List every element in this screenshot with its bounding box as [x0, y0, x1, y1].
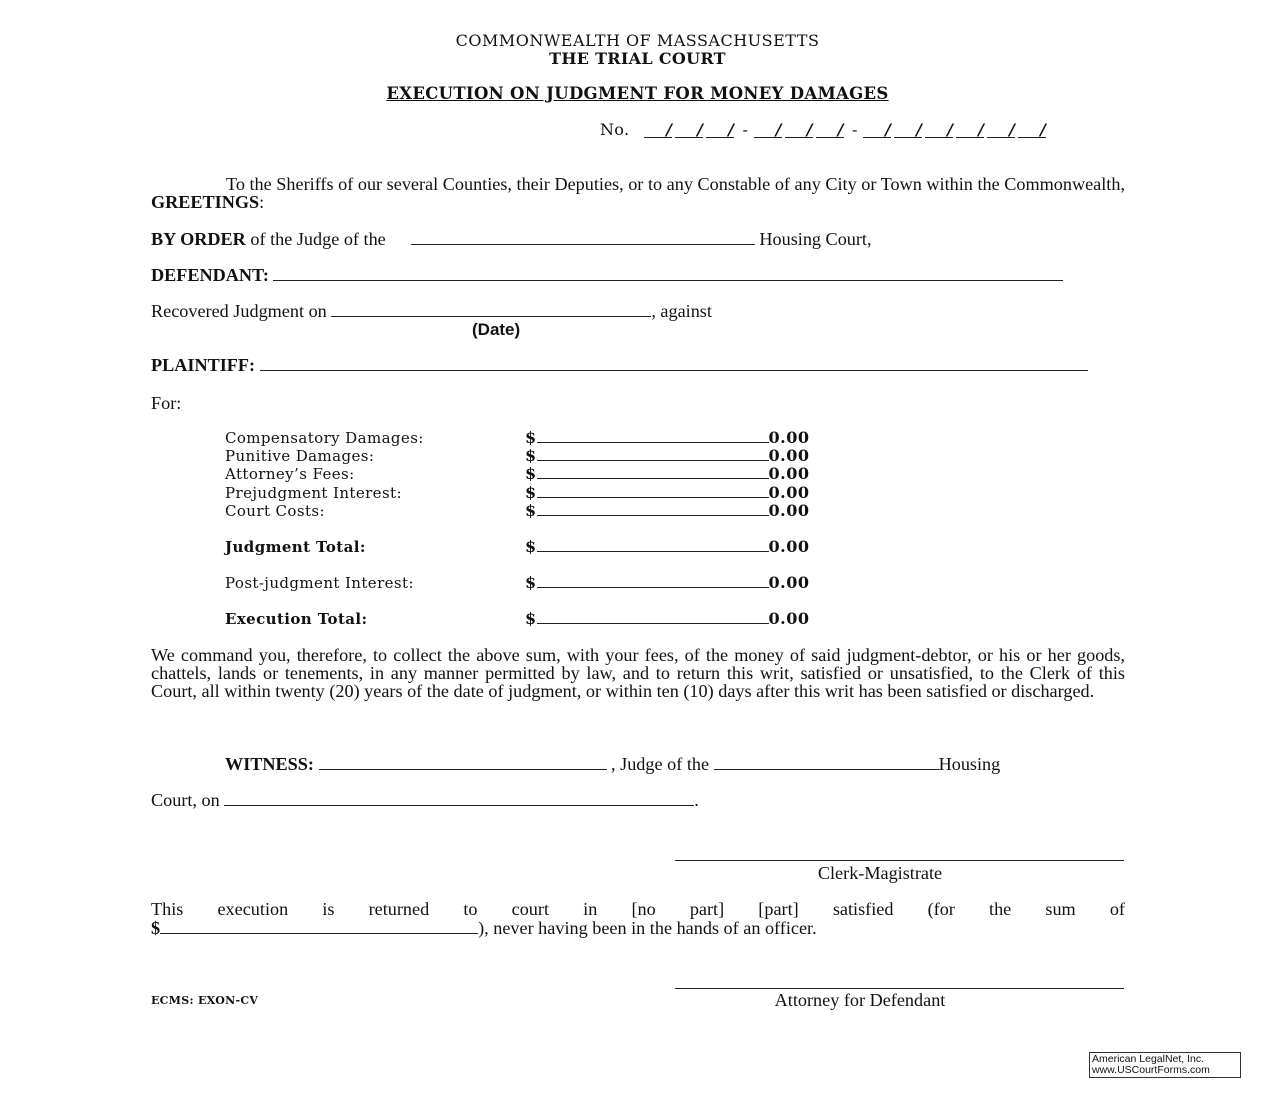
for-label: For:: [151, 393, 181, 414]
case-number: No. /// - /// - //////: [600, 120, 1049, 139]
by-order-text: of the Judge of the: [250, 229, 385, 249]
amount-value: 0.00: [769, 609, 810, 628]
amount-value: 0.00: [769, 446, 810, 465]
greeting-bold: GREETINGS: [151, 192, 259, 212]
damages-label: Attorney’s Fees:: [225, 465, 525, 483]
damages-row: Compensatory Damages:$0.00: [225, 428, 810, 447]
judgment-date-field[interactable]: [331, 315, 651, 317]
damages-label: Post-judgment Interest:: [225, 574, 525, 592]
damages-label: Judgment Total:: [225, 538, 525, 556]
return-suffix: ), never having been in the hands of an …: [478, 918, 817, 938]
currency-symbol: $: [525, 464, 537, 483]
currency-symbol: $: [525, 573, 537, 592]
housing-court-field[interactable]: [411, 243, 755, 245]
currency-symbol: $: [525, 428, 537, 447]
damages-row: Judgment Total:$0.00: [225, 537, 810, 556]
amount-field[interactable]: [537, 539, 769, 552]
document-title: EXECUTION ON JUDGMENT FOR MONEY DAMAGES: [0, 84, 1275, 103]
document-title-text: EXECUTION ON JUDGMENT FOR MONEY DAMAGES: [386, 84, 888, 103]
amount-value: 0.00: [769, 464, 810, 483]
witness-line: WITNESS: , Judge of the Housing: [225, 754, 1000, 775]
amount-value: 0.00: [769, 501, 810, 520]
case-number-part-3[interactable]: //////: [863, 120, 1049, 139]
currency-symbol: $: [525, 483, 537, 502]
damages-label: Punitive Damages:: [225, 447, 525, 465]
return-sum-field[interactable]: [160, 932, 478, 934]
clerk-signature-caption: Clerk-Magistrate: [675, 863, 1085, 884]
recovered-prefix: Recovered Judgment on: [151, 301, 327, 321]
plaintiff-line: PLAINTIFF:: [151, 355, 1088, 376]
defendant-line: DEFENDANT:: [151, 265, 1063, 286]
amount-field[interactable]: [537, 430, 769, 443]
amount-field[interactable]: [537, 611, 769, 624]
defendant-label: DEFENDANT:: [151, 265, 269, 285]
recovered-suffix: , against: [651, 301, 712, 321]
amount-value: 0.00: [769, 428, 810, 447]
return-currency: $: [151, 918, 160, 938]
form-code: ECMS: EXON-CV: [151, 994, 258, 1007]
command-paragraph: We command you, therefore, to collect th…: [151, 646, 1125, 701]
currency-symbol: $: [525, 501, 537, 520]
court-on-date-field[interactable]: [224, 804, 694, 806]
damages-row: Prejudgment Interest:$0.00: [225, 483, 810, 502]
attorney-signature-line[interactable]: [675, 988, 1124, 989]
defendant-field[interactable]: [273, 279, 1063, 281]
damages-label: Execution Total:: [225, 610, 525, 628]
damages-label: Court Costs:: [225, 502, 525, 520]
amount-value: 0.00: [769, 483, 810, 502]
plaintiff-label: PLAINTIFF:: [151, 355, 255, 375]
currency-symbol: $: [525, 609, 537, 628]
publisher-website[interactable]: www.USCourtForms.com: [1092, 1065, 1238, 1076]
recovered-judgment-line: Recovered Judgment on , against: [151, 301, 712, 322]
clerk-signature-line[interactable]: [675, 860, 1124, 861]
greeting-paragraph: To the Sheriffs of our several Counties,…: [151, 175, 1125, 211]
return-paragraph-line1: This execution is returned to court in […: [151, 900, 1125, 918]
plaintiff-field[interactable]: [260, 369, 1088, 371]
amount-field[interactable]: [537, 448, 769, 461]
court-on-period: .: [694, 790, 699, 810]
amount-field[interactable]: [537, 575, 769, 588]
return-paragraph-line2: $), never having been in the hands of an…: [151, 918, 817, 939]
amount-field[interactable]: [537, 485, 769, 498]
case-number-separator: -: [852, 120, 858, 139]
amount-value: 0.00: [769, 537, 810, 556]
court-on-label: Court, on: [151, 790, 220, 810]
greeting-text: To the Sheriffs of our several Counties,…: [226, 174, 1125, 194]
damages-label: Prejudgment Interest:: [225, 484, 525, 502]
date-caption: (Date): [472, 320, 520, 340]
witness-judge-text: , Judge of the: [611, 754, 709, 774]
amount-value: 0.00: [769, 573, 810, 592]
greeting-colon: :: [259, 192, 264, 212]
witness-housing: Housing: [939, 754, 1001, 774]
damages-label: Compensatory Damages:: [225, 429, 525, 447]
housing-court-suffix: Housing Court,: [759, 229, 871, 249]
court-on-line: Court, on .: [151, 790, 699, 811]
damages-row: Post-judgment Interest:$0.00: [225, 573, 810, 592]
case-number-label: No.: [600, 120, 629, 139]
currency-symbol: $: [525, 537, 537, 556]
witness-court-field[interactable]: [714, 768, 939, 770]
attorney-signature-caption: Attorney for Defendant: [675, 990, 1045, 1011]
currency-symbol: $: [525, 446, 537, 465]
amount-field[interactable]: [537, 466, 769, 479]
damages-row: Court Costs:$0.00: [225, 501, 810, 520]
by-order-label: BY ORDER: [151, 229, 246, 249]
publisher-box: American LegalNet, Inc. www.USCourtForms…: [1089, 1052, 1241, 1078]
case-number-part-1[interactable]: ///: [644, 120, 737, 139]
damages-row: Execution Total:$0.00: [225, 609, 810, 628]
court-heading: THE TRIAL COURT: [0, 49, 1275, 68]
damages-row: Punitive Damages:$0.00: [225, 446, 810, 465]
case-number-separator: -: [743, 120, 749, 139]
witness-name-field[interactable]: [319, 768, 607, 770]
amount-field[interactable]: [537, 503, 769, 516]
witness-label: WITNESS:: [225, 754, 314, 774]
state-heading: COMMONWEALTH OF MASSACHUSETTS: [0, 31, 1275, 50]
case-number-part-2[interactable]: ///: [754, 120, 847, 139]
damages-row: Attorney’s Fees:$0.00: [225, 464, 810, 483]
by-order-line: BY ORDER of the Judge of the Housing Cou…: [151, 229, 872, 250]
